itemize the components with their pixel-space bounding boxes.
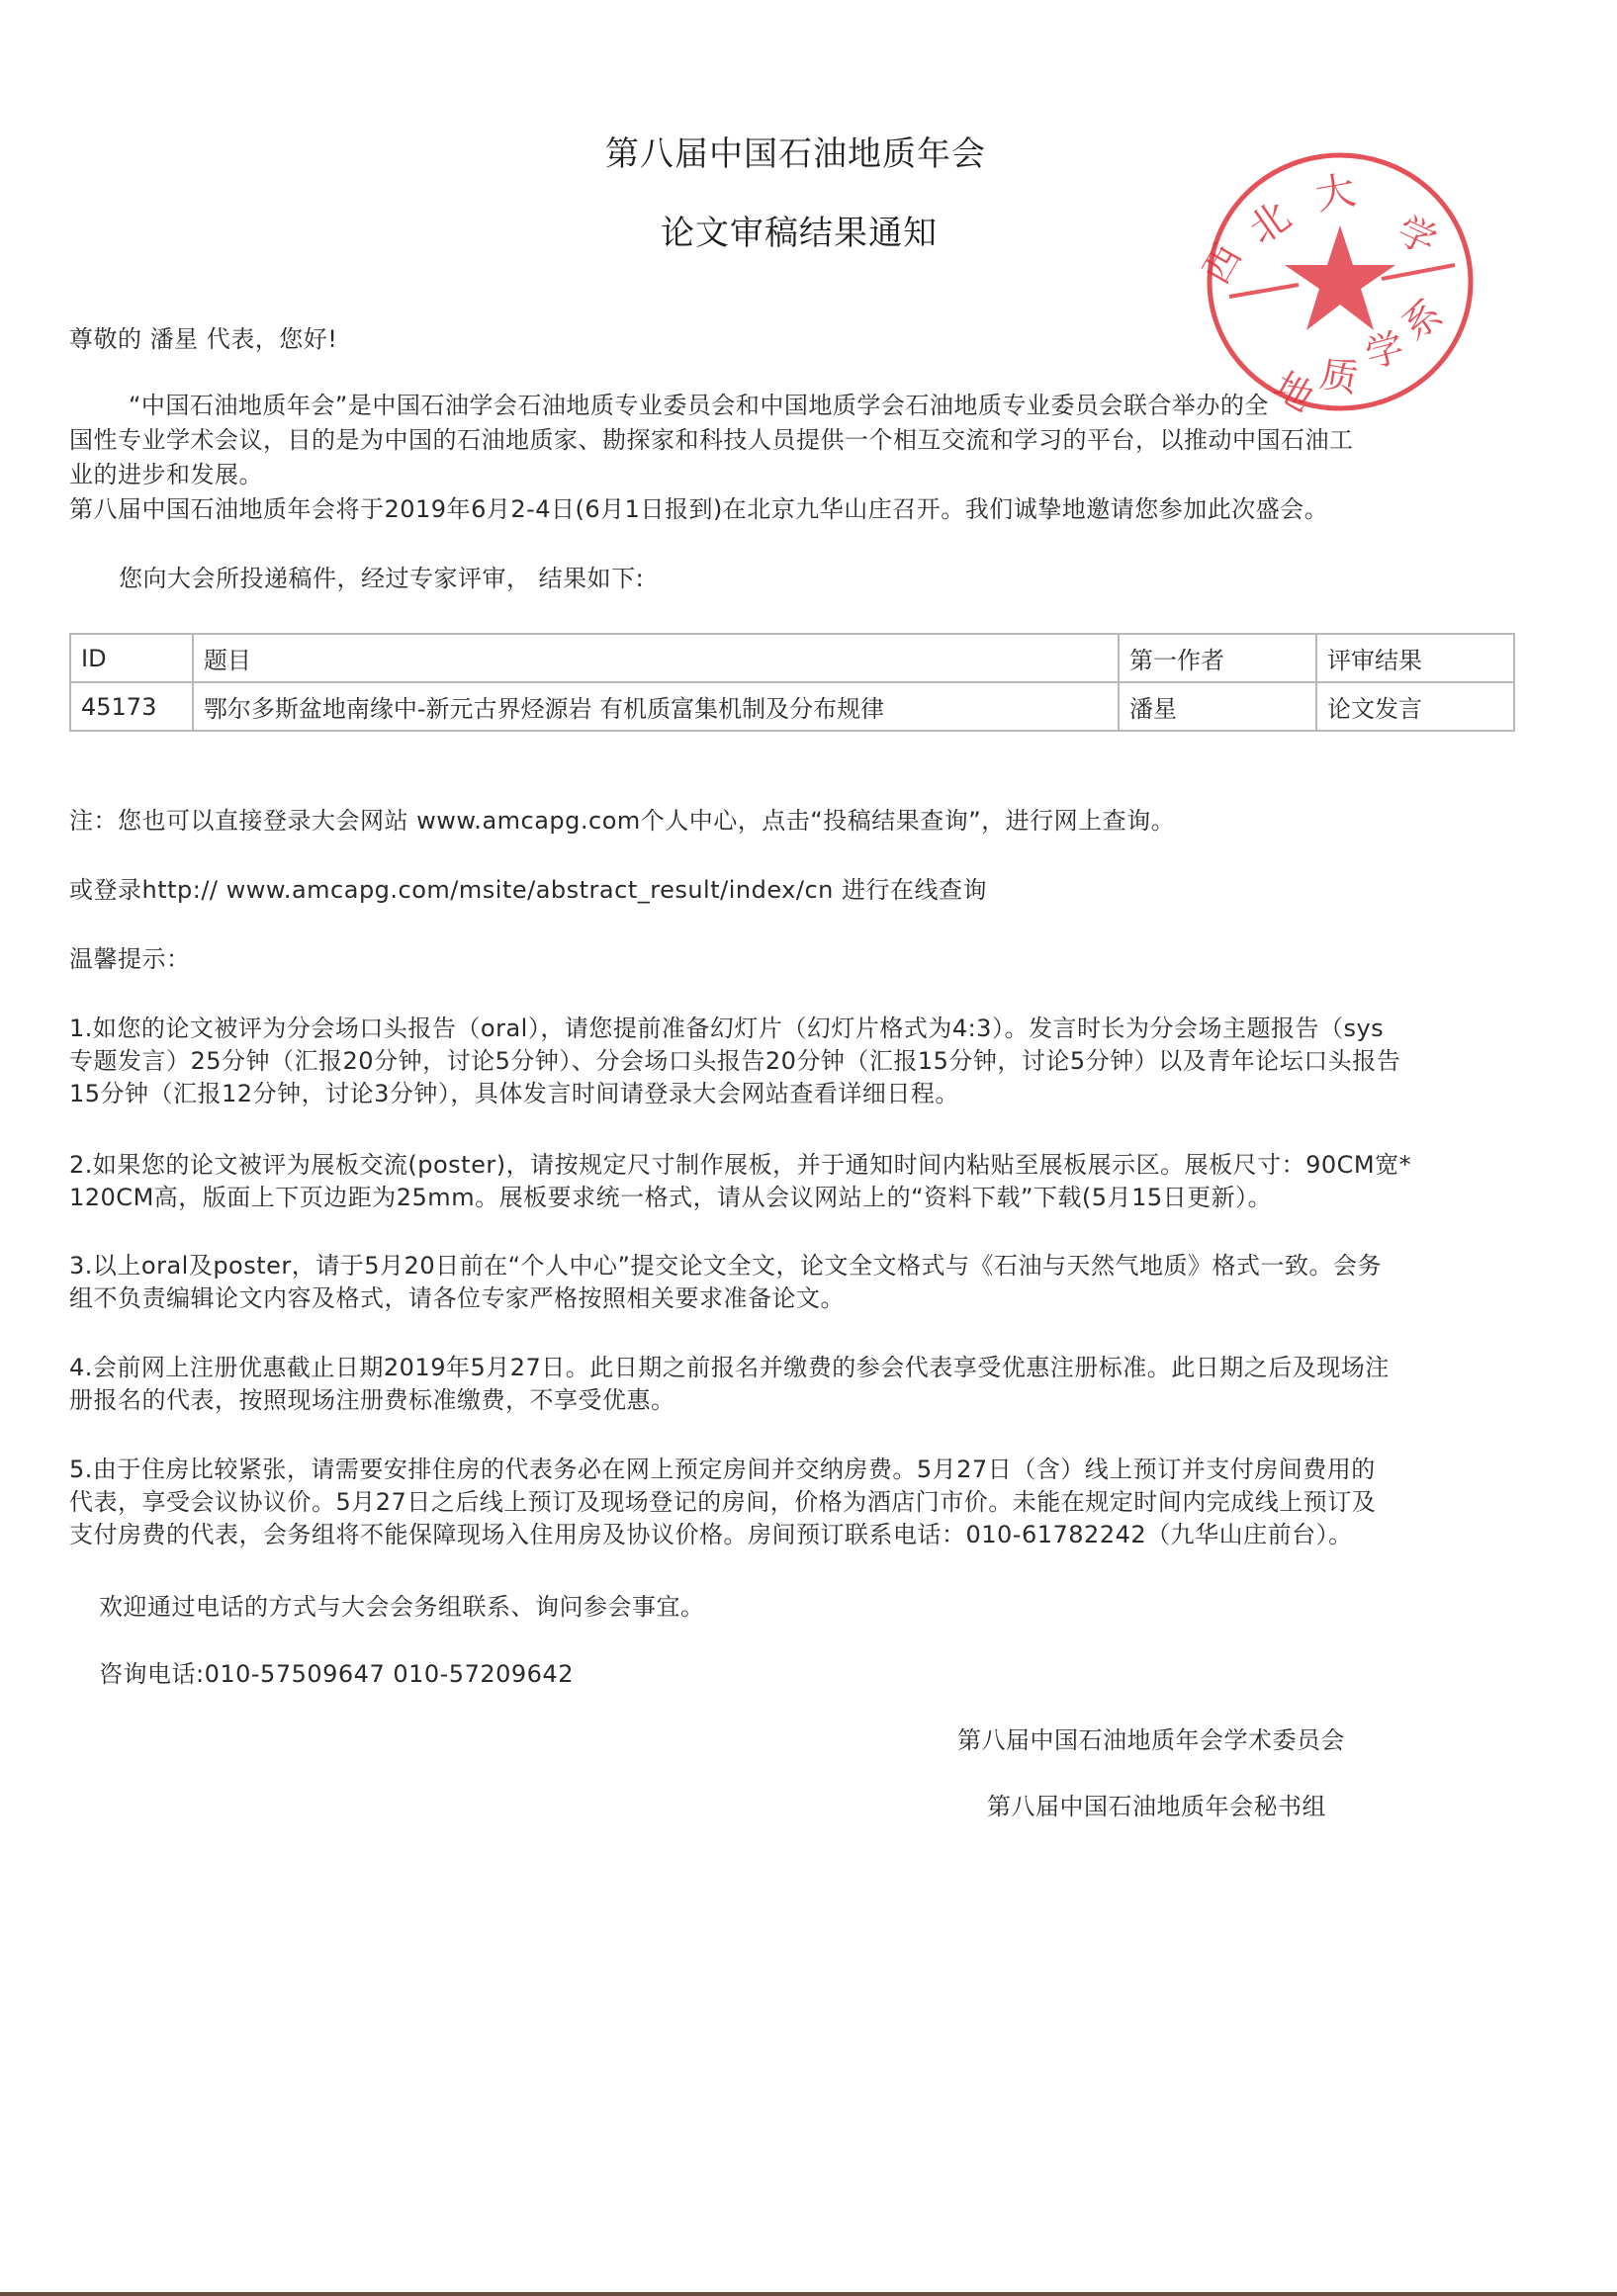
tip-4-line-2: 册报名的代表，按照现场注册费标准缴费，不享受优惠。 [69, 1385, 675, 1415]
tip-1-line-2: 专题发言）25分钟（汇报20分钟，讨论5分钟）、分会场口头报告20分钟（汇报15… [69, 1046, 1400, 1076]
table-header-row: ID 题目 第一作者 评审结果 [70, 634, 1514, 682]
seal-icon: 北 大 学 西 地 质 学 系 [1202, 148, 1479, 415]
tips-heading: 温馨提示： [69, 944, 191, 974]
table-row: 45173 鄂尔多斯盆地南缘中-新元古界烃源岩 有机质富集机制及分布规律 潘星 … [70, 682, 1514, 731]
header-id: ID [70, 634, 193, 682]
note-link[interactable]: 或登录http:// www.amcapg.com/msite/abstract… [69, 875, 987, 905]
intro-line-1: “中国石油地质年会”是中国石油学会石油地质专业委员会和中国地质学会石油地质专业委… [129, 391, 1269, 420]
tip-2-line-1: 2.如果您的论文被评为展板交流(poster)，请按规定尺寸制作展板，并于通知时… [69, 1150, 1411, 1180]
greeting: 尊敬的 潘星 代表，您好! [69, 324, 337, 354]
intro-line-3: 业的进步和发展。 [69, 460, 263, 489]
svg-text:学: 学 [1361, 324, 1408, 376]
tip-4-line-1: 4.会前网上注册优惠截止日期2019年5月27日。此日期之前报名并缴费的参会代表… [69, 1353, 1390, 1382]
cell-review-result: 论文发言 [1316, 682, 1514, 731]
intro-line-2: 国性专业学术会议，目的是为中国的石油地质家、勘探家和科技人员提供一个相互交流和学… [69, 425, 1354, 455]
cell-first-author: 潘星 [1119, 682, 1316, 731]
result-intro: 您向大会所投递稿件，经过专家评审， 结果如下: [119, 564, 644, 593]
tip-1-line-3: 15分钟（汇报12分钟，讨论3分钟），具体发言时间请登录大会网站查看详细日程。 [69, 1079, 959, 1108]
signature-secretariat: 第八届中国石油地质年会秘书组 [987, 1792, 1326, 1821]
note-website: 注：您也可以直接登录大会网站 www.amcapg.com个人中心，点击“投稿结… [69, 806, 1175, 836]
svg-text:学: 学 [1391, 208, 1443, 263]
document-title: 第八届中国石油地质年会 [605, 127, 986, 175]
header-first-author: 第一作者 [1119, 634, 1316, 682]
contact-phone: 咨询电话:010-57509647 010-57209642 [99, 1659, 574, 1689]
svg-text:大: 大 [1312, 168, 1359, 220]
tip-5-line-3: 支付房费的代表，会务组将不能保障现场入住用房及协议价格。房间预订联系电话：010… [69, 1520, 1353, 1549]
scan-edge-divider [0, 2292, 1617, 2296]
cell-id: 45173 [70, 682, 193, 731]
intro-line-4: 第八届中国石油地质年会将于2019年6月2-4日(6月1日报到)在北京九华山庄召… [69, 494, 1328, 524]
tip-5-line-2: 代表，享受会议协议价。5月27日之后线上预订及现场登记的房间，价格为酒店门市价。… [69, 1487, 1376, 1517]
tip-3-line-2: 组不负责编辑论文内容及格式，请各位专家严格按照相关要求准备论文。 [69, 1283, 845, 1313]
contact-invite: 欢迎通过电话的方式与大会会务组联系、询问参会事宜。 [99, 1592, 705, 1622]
tip-5-line-1: 5.由于住房比较紧张，请需要安排住房的代表务必在网上预定房间并交纳房费。5月27… [69, 1455, 1376, 1484]
header-review-result: 评审结果 [1316, 634, 1514, 682]
svg-text:系: 系 [1394, 292, 1450, 349]
signature-academic-committee: 第八届中国石油地质年会学术委员会 [957, 1725, 1345, 1755]
official-seal: 北 大 学 西 地 质 学 系 [1202, 148, 1479, 415]
review-results-table: ID 题目 第一作者 评审结果 45173 鄂尔多斯盆地南缘中-新元古界烃源岩 … [69, 633, 1515, 732]
tip-1-line-1: 1.如您的论文被评为分会场口头报告（oral），请您提前准备幻灯片（幻灯片格式为… [69, 1014, 1384, 1043]
document-subtitle: 论文审稿结果通知 [661, 206, 938, 254]
svg-text:北: 北 [1240, 194, 1299, 254]
header-title: 题目 [193, 634, 1119, 682]
svg-text:质: 质 [1316, 352, 1361, 401]
tip-2-line-2: 120CM高，版面上下页边距为25mm。展板要求统一格式，请从会议网站上的“资料… [69, 1183, 1272, 1212]
tip-3-line-1: 3.以上oral及poster，请于5月20日前在“个人中心”提交论文全文，论文… [69, 1251, 1382, 1280]
cell-title: 鄂尔多斯盆地南缘中-新元古界烃源岩 有机质富集机制及分布规律 [193, 682, 1119, 731]
